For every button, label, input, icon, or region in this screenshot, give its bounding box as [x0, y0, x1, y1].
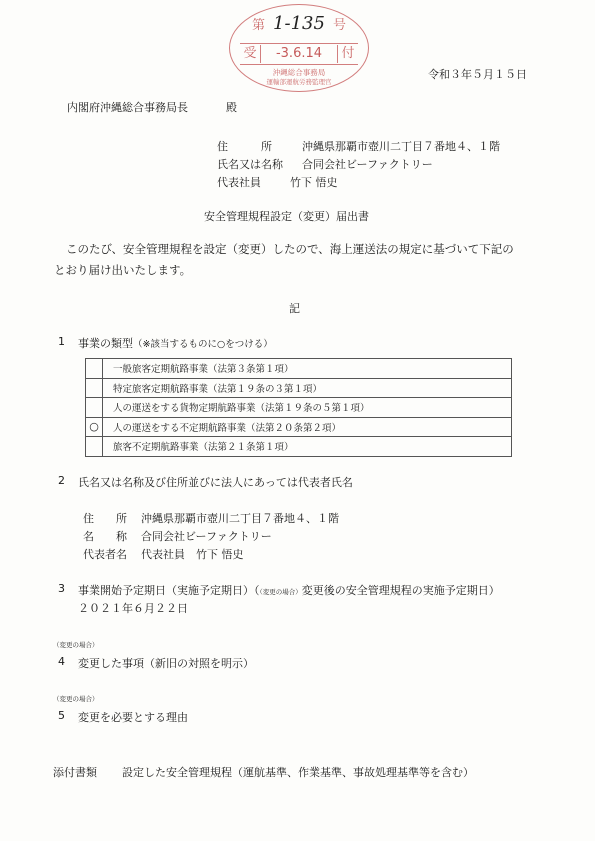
intro-line-1: このたび、安全管理規程を設定（変更）したので、海上運送法の規定に基づいて下記の	[66, 241, 514, 257]
stamp-date: -3.6.14	[262, 45, 336, 63]
section2-rep-label: 代表者名	[83, 546, 127, 562]
section4-number: 4	[58, 655, 65, 668]
applicant-name: 合同会社ビーファクトリー	[302, 156, 433, 172]
row-label: 旅客不定期航路事業（法第２１条第１項）	[103, 437, 512, 457]
row-mark[interactable]	[86, 378, 103, 398]
section2-address: 沖縄県那覇市壺川二丁目７番地４、１階	[141, 510, 339, 526]
section5-note: （変更の場合）	[53, 694, 99, 703]
row-label: 特定旅客定期航路事業（法第１９条の３第１項）	[103, 378, 512, 398]
applicant-rep-label: 代表社員	[217, 174, 261, 190]
row-label: 一般旅客定期航路事業（法第３条第１項）	[103, 359, 512, 379]
attachments-label: 添付書類	[53, 764, 97, 780]
section2-address-label: 住 所	[83, 510, 127, 526]
section1-title: 事業の類型（※該当するものに○をつける）	[78, 335, 273, 351]
section2-name-label: 名 称	[83, 528, 127, 544]
row-mark[interactable]	[86, 437, 103, 457]
intro-line-2: とおり届け出いたします。	[54, 262, 191, 278]
ki-heading: 記	[289, 300, 300, 316]
table-row: ○人の運送をする不定期航路事業（法第２０条第２項）	[86, 417, 512, 437]
section4-title: 変更した事項（新旧の対照を明示）	[78, 655, 254, 671]
section5-number: 5	[58, 709, 65, 722]
stamp-dept: 運輸部運航労務監理官	[230, 77, 368, 86]
row-label: 人の運送をする不定期航路事業（法第２０条第２項）	[103, 417, 512, 437]
applicant-address-label: 住 所	[217, 138, 272, 154]
applicant-address: 沖縄県那覇市壺川二丁目７番地４、１階	[302, 138, 500, 154]
receipt-stamp: 第1-135号 受 -3.6.14 付 沖縄総合事務局 運輸部運航労務監理官	[229, 4, 369, 92]
attachments-value: 設定した安全管理規程（運航基準、作業基準、事故処理基準等を含む）	[122, 764, 474, 780]
row-label: 人の運送をする貨物定期航路事業（法第１９条の５第１項）	[103, 398, 512, 418]
stamp-date-row: 受 -3.6.14 付	[240, 43, 358, 65]
business-type-table: 一般旅客定期航路事業（法第３条第１項） 特定旅客定期航路事業（法第１９条の３第１…	[85, 358, 512, 457]
document-date: 令和３年５月１５日	[428, 66, 527, 82]
section2-title: 氏名又は名称及び住所並びに法人にあっては代表者氏名	[78, 474, 353, 490]
section2-name: 合同会社ビーファクトリー	[141, 528, 272, 544]
row-mark[interactable]	[86, 398, 103, 418]
section3-number: 3	[58, 582, 65, 595]
row-mark-selected[interactable]: ○	[86, 417, 103, 437]
section3-title: 事業開始予定期日（実施予定期日）（（変更の場合）変更後の安全管理規程の実施予定期…	[78, 582, 500, 598]
applicant-name-label: 氏名又は名称	[217, 156, 283, 172]
stamp-number-row: 第1-135号	[230, 13, 368, 34]
table-row: 旅客不定期航路事業（法第２１条第１項）	[86, 437, 512, 457]
row-mark[interactable]	[86, 359, 103, 379]
applicant-rep: 竹下 悟史	[290, 174, 338, 190]
section2-number: 2	[58, 474, 65, 487]
section3-date: ２０２１年６月２２日	[78, 600, 188, 616]
section2-rep: 代表社員 竹下 悟史	[141, 546, 244, 562]
document-title: 安全管理規程設定（変更）届出書	[204, 208, 369, 224]
section4-note: （変更の場合）	[53, 640, 99, 649]
honorific: 殿	[226, 99, 237, 115]
table-row: 一般旅客定期航路事業（法第３条第１項）	[86, 359, 512, 379]
stamp-number: 1-135	[273, 13, 325, 34]
table-row: 人の運送をする貨物定期航路事業（法第１９条の５第１項）	[86, 398, 512, 418]
table-row: 特定旅客定期航路事業（法第１９条の３第１項）	[86, 378, 512, 398]
section5-title: 変更を必要とする理由	[78, 709, 188, 725]
section1-number: 1	[58, 335, 65, 348]
addressee: 内閣府沖縄総合事務局長	[67, 99, 188, 115]
